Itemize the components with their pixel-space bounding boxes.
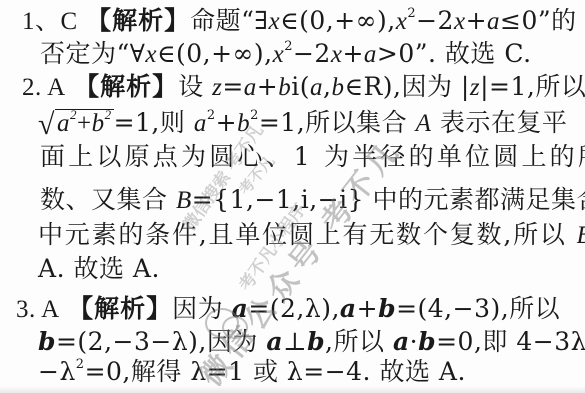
analysis-label: 【解析】	[86, 6, 190, 35]
item-2-line-6: A. 故选 A.	[38, 252, 160, 286]
analysis-label: 【解析】	[74, 72, 178, 101]
wechat-logo-icon-secondary	[222, 316, 248, 339]
item-2-line-3: 面上以原点为圆心、1 为半径的单位圆上的所有复	[40, 140, 585, 174]
square-root: √a2+b2	[38, 107, 114, 142]
item-1-line-2: 否定为“∀x∈(0,+∞),x2−2x+a>0”. 故选 C.	[40, 37, 532, 72]
item-3-line-2: b=(2,−3−λ),因为 a⊥b,所以 a·b=0,即 4−3λ	[38, 325, 585, 359]
analysis-label: 【解析】	[68, 294, 172, 323]
document-page: 1、C 【解析】命题“∃x∈(0,+∞),x2−2x+a≤0”的 否定为“∀x∈…	[0, 0, 585, 393]
item-3-line-1: 3. A 【解析】因为 a=(2,λ),a+b=(4,−3),所以	[16, 292, 560, 327]
radical-sign-icon: √	[38, 108, 55, 141]
item-2-line-1: 2. A 【解析】设 z=a+bi(a,b∈R),因为 |z|=1,所以	[22, 70, 585, 105]
item-2-line-5: 中元素的条件,且单位圆上有无数个复数,所以 B⫋	[38, 218, 585, 253]
item-1-number: 1、C	[22, 8, 78, 35]
item-3-number: 3. A	[16, 296, 60, 323]
item-2-number: 2. A	[22, 74, 66, 101]
item-1-line-1: 1、C 【解析】命题“∃x∈(0,+∞),x2−2x+a≤0”的	[22, 4, 577, 39]
item-3-line-3: −λ2=0,解得 λ=1 或 λ=−4. 故选 A.	[38, 355, 466, 389]
item-2-line-2: √a2+b2=1,则 a2+b2=1,所以集合 A 表示在复平	[38, 106, 567, 142]
page-bottom-edge	[0, 386, 585, 393]
item-2-line-4: 数、又集合 B={1,−1,i,−i} 中的元素都满足集合 A	[40, 183, 585, 218]
